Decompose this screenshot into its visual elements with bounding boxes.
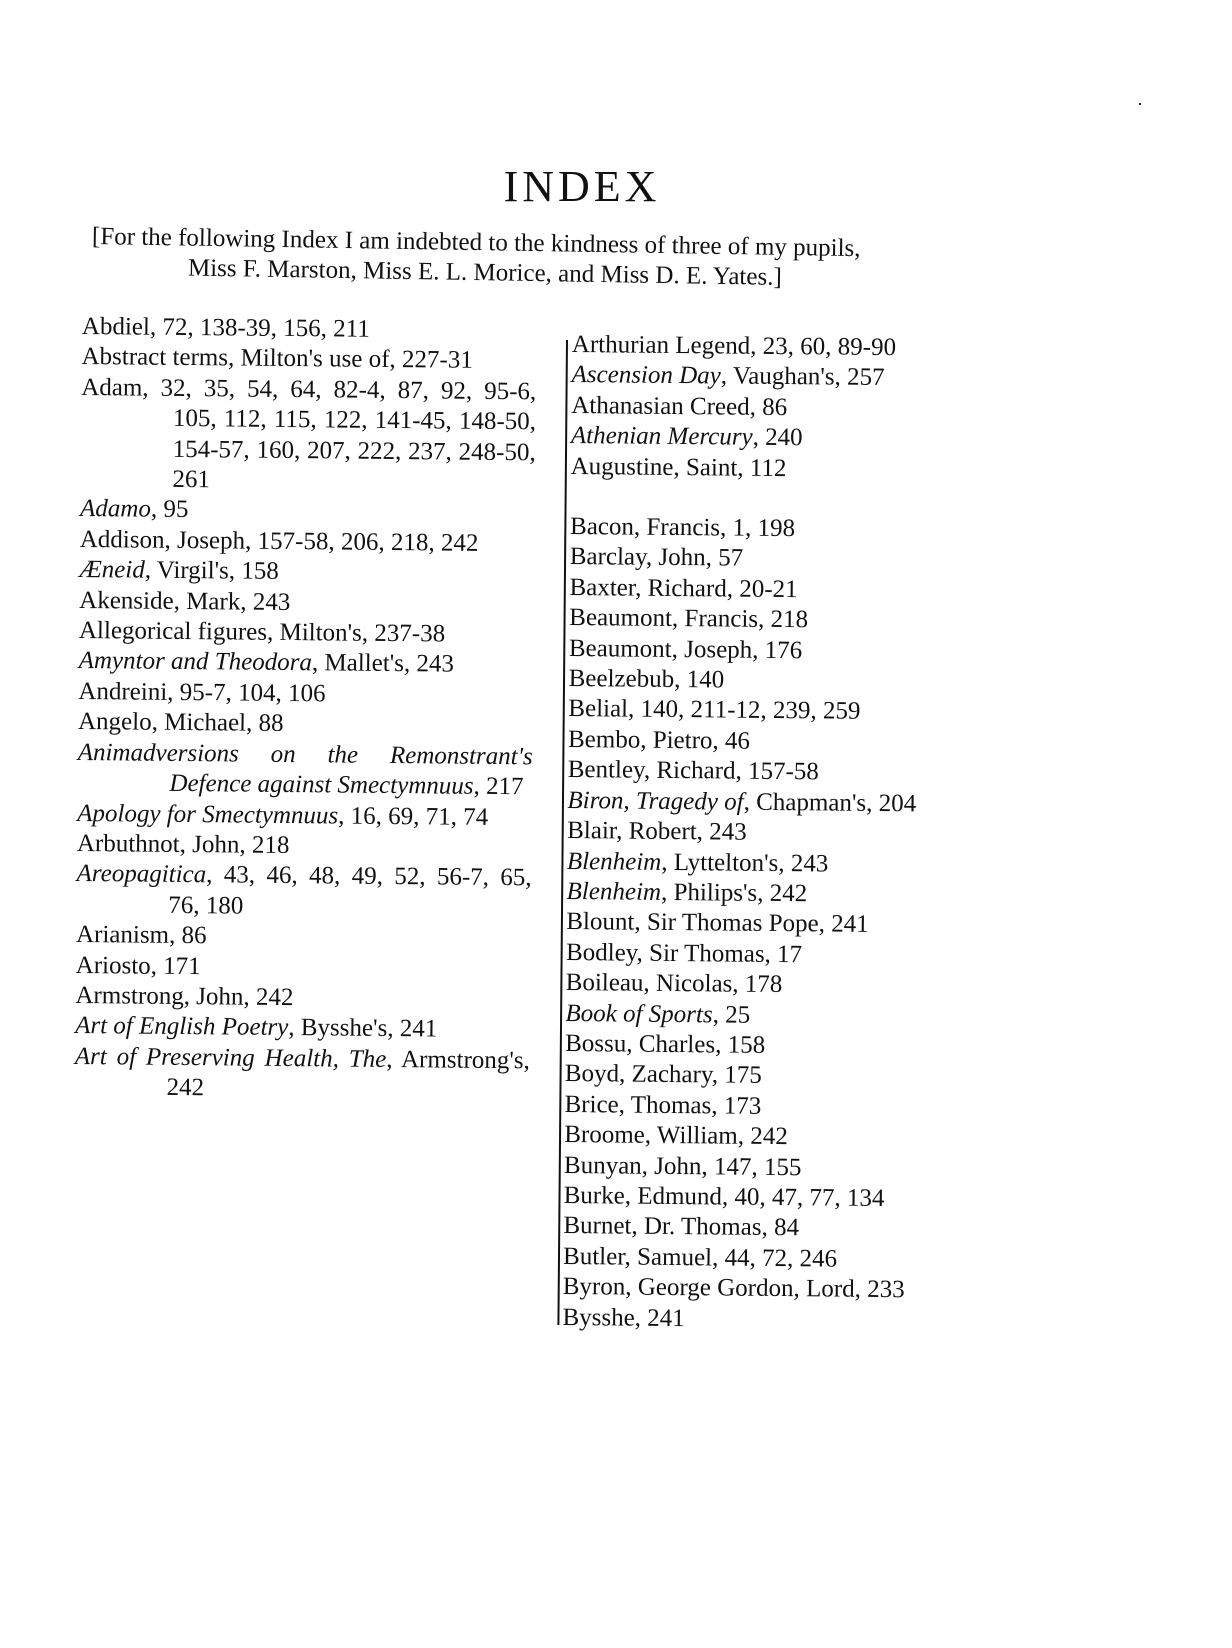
index-entry: Art of English Poetry, Bysshe's, 241 [75, 1011, 530, 1046]
index-entry: Boyd, Zachary, 175 [565, 1059, 1015, 1094]
index-entry: Blair, Robert, 243 [567, 816, 1017, 851]
index-entry: Burnet, Dr. Thomas, 84 [563, 1211, 1013, 1246]
index-entry: Bodley, Sir Thomas, 17 [566, 938, 1016, 973]
index-preface-note: [For the following Index I am indebted t… [92, 222, 1052, 282]
index-entry: Barclay, John, 57 [570, 542, 1020, 577]
book-page: INDEX [For the following Index I am inde… [0, 0, 1232, 1648]
index-entry: Augustine, Saint, 112 [571, 452, 1021, 487]
index-entry: Beaumont, Joseph, 176 [569, 634, 1019, 669]
index-entry: Book of Sports, 25 [565, 999, 1015, 1034]
index-entry: Bentley, Richard, 157-58 [568, 755, 1018, 790]
index-entry: Belial, 140, 211-12, 239, 259 [568, 694, 1018, 729]
index-entry: Brice, Thomas, 173 [564, 1090, 1014, 1125]
index-entry: Bembo, Pietro, 46 [568, 725, 1018, 760]
index-entry: Ascension Day, Vaughan's, 257 [571, 360, 1021, 395]
index-entry: Andreini, 95-7, 104, 106 [78, 677, 533, 712]
index-entry: Addison, Joseph, 157-58, 206, 218, 242 [80, 525, 535, 560]
index-entry: Amyntor and Theodora, Mallet's, 243 [78, 646, 533, 681]
index-entry: Athanasian Creed, 86 [571, 391, 1021, 426]
index-entry: Abstract terms, Milton's use of, 227-31 [81, 342, 536, 377]
index-entry: Arbuthnot, John, 218 [77, 829, 532, 864]
index-entry: Athenian Mercury, 240 [571, 421, 1021, 456]
index-entry: Byron, George Gordon, Lord, 233 [563, 1272, 1013, 1307]
index-column-left: Abdiel, 72, 138-39, 156, 211 Abstract te… [74, 312, 537, 1107]
page-title: INDEX [0, 161, 1198, 213]
index-entry: Bacon, Francis, 1, 198 [570, 512, 1020, 547]
index-entry: Blount, Sir Thomas Pope, 241 [566, 907, 1016, 942]
index-entry: Biron, Tragedy of, Chapman's, 204 [567, 786, 1017, 821]
index-entry: Burke, Edmund, 40, 47, 77, 134 [564, 1181, 1014, 1216]
index-entry: Arthurian Legend, 23, 60, 89-90 [572, 330, 1022, 365]
index-entry: Armstrong, John, 242 [75, 981, 530, 1016]
index-entry: Areopagitica, 43, 46, 48, 49, 52, 56-7, … [76, 859, 532, 924]
index-entry: Beaumont, Francis, 218 [569, 603, 1019, 638]
index-entry: Art of Preserving Health, The, Armstrong… [74, 1042, 530, 1107]
index-entry: Bunyan, John, 147, 155 [564, 1151, 1014, 1186]
index-entry: Animadversions on the Remonstrant's Defe… [77, 738, 533, 803]
index-entry: Abdiel, 72, 138-39, 156, 211 [82, 312, 537, 347]
index-entry: Blenheim, Lyttelton's, 243 [567, 846, 1017, 881]
index-entry: Apology for Smectymnuus, 16, 69, 71, 74 [77, 798, 532, 833]
index-entry: Butler, Samuel, 44, 72, 246 [563, 1242, 1013, 1277]
index-entry: Adamo, 95 [80, 494, 535, 529]
index-entry: Angelo, Michael, 88 [78, 707, 533, 742]
index-entry: Baxter, Richard, 20-21 [569, 573, 1019, 608]
index-entry: Adam, 32, 35, 54, 64, 82-4, 87, 92, 95-6… [80, 373, 536, 499]
index-entry: Blenheim, Philips's, 242 [566, 877, 1016, 912]
index-entry: Allegorical figures, Milton's, 237-38 [79, 616, 534, 651]
index-entry: Akenside, Mark, 243 [79, 586, 534, 621]
index-entry: Æneid, Virgil's, 158 [79, 555, 534, 590]
index-entry: Broome, William, 242 [564, 1120, 1014, 1155]
index-column-right: Arthurian Legend, 23, 60, 89-90 Ascensio… [562, 330, 1022, 1337]
index-entry: Bossu, Charles, 158 [565, 1029, 1015, 1064]
index-entry: Bysshe, 241 [562, 1303, 1012, 1338]
index-entry: Ariosto, 171 [76, 951, 531, 986]
index-entry: Beelzebub, 140 [569, 664, 1019, 699]
letter-group-gap [570, 482, 1020, 516]
scan-speck [1139, 103, 1141, 105]
index-entry: Boileau, Nicolas, 178 [566, 968, 1016, 1003]
index-entry: Arianism, 86 [76, 920, 531, 955]
